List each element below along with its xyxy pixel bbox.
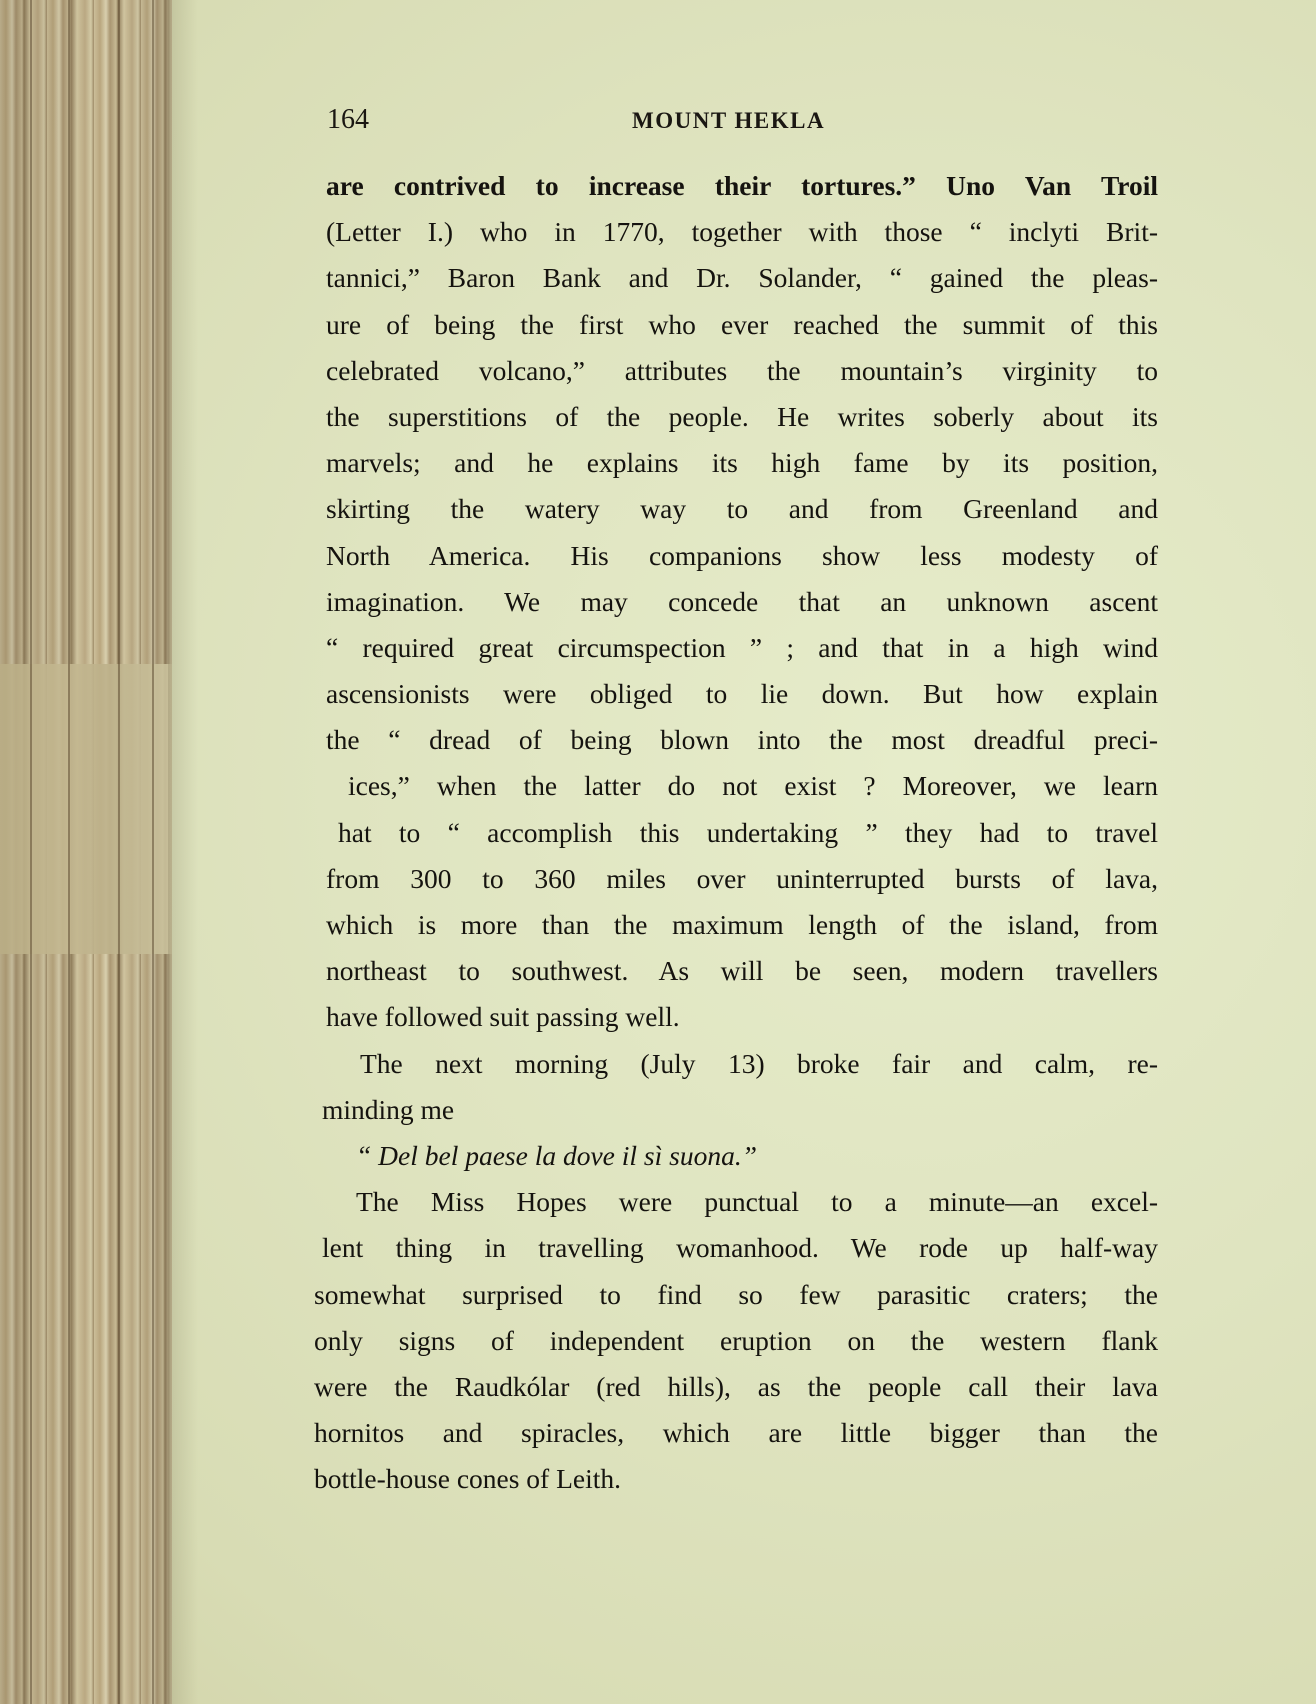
text-line: tannici,” Baron Bank and Dr. Solander, “… — [326, 255, 1158, 301]
text-line: celebrated volcano,” attributes the moun… — [326, 348, 1158, 394]
text-line: which is more than the maximum length of… — [326, 902, 1158, 948]
text-line: skirting the watery way to and from Gree… — [326, 486, 1158, 532]
text-line: hornitos and spiracles, which are little… — [314, 1410, 1158, 1456]
paragraph-start-line: The next morning (July 13) broke fair an… — [326, 1041, 1158, 1087]
body-text: are contrived to increase their tortures… — [326, 163, 1158, 1502]
italic-quotation: “ Del bel paese la dove il sì suona.” — [326, 1133, 1158, 1179]
text-line: ascensionists were obliged to lie down. … — [326, 671, 1158, 717]
page-number: 164 — [327, 104, 369, 136]
text-line: only signs of independent eruption on th… — [314, 1318, 1158, 1364]
text-line: ices,” when the latter do not exist ? Mo… — [326, 763, 1158, 809]
book-page: 164 MOUNT HEKLA are contrived to increas… — [0, 0, 1316, 1704]
text-line: marvels; and he explains its high fame b… — [326, 440, 1158, 486]
text-line: somewhat surprised to find so few parasi… — [314, 1272, 1158, 1318]
page-edge-line — [30, 0, 32, 1704]
text-line: hat to “ accomplish this undertaking ” t… — [326, 810, 1158, 856]
text-line: North America. His companions show less … — [326, 533, 1158, 579]
text-line: “ required great circumspection ” ; and … — [326, 625, 1158, 671]
text-line: (Letter I.) who in 1770, together with t… — [326, 209, 1158, 255]
text-line: the superstitions of the people. He writ… — [326, 394, 1158, 440]
page-edges-blur-band — [0, 664, 172, 954]
page-header: 164 MOUNT HEKLA — [327, 104, 1162, 144]
text-line: have followed suit passing well. — [326, 994, 1158, 1040]
text-line: were the Raudkólar (red hills), as the p… — [314, 1364, 1158, 1410]
text-line: from 300 to 360 miles over uninterrupted… — [326, 856, 1158, 902]
text-line: are contrived to increase their tortures… — [326, 163, 1158, 209]
page-edge-line — [68, 0, 70, 1704]
text-line: ure of being the first who ever reached … — [326, 302, 1158, 348]
text-line: lent thing in travelling womanhood. We r… — [322, 1225, 1158, 1271]
text-line: imagination. We may concede that an unkn… — [326, 579, 1158, 625]
paragraph-start-line: The Miss Hopes were punctual to a minute… — [322, 1179, 1158, 1225]
page-edge-line — [152, 0, 154, 1704]
page-edge-line — [118, 0, 120, 1704]
text-line: the “ dread of being blown into the most… — [326, 717, 1158, 763]
text-line: minding me — [322, 1087, 1158, 1133]
gutter-shadow — [168, 0, 198, 1704]
text-line: bottle-house cones of Leith. — [314, 1456, 1158, 1502]
text-line: northeast to southwest. As will be seen,… — [326, 948, 1158, 994]
running-title: MOUNT HEKLA — [632, 108, 825, 134]
